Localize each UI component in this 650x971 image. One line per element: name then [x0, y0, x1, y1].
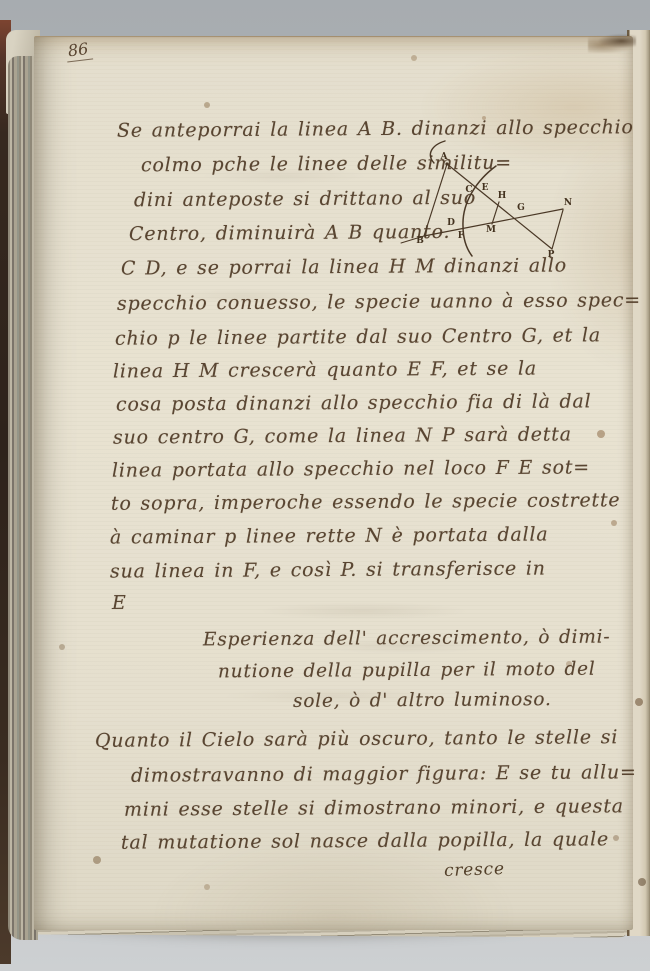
heading-line: nutione della pupilla per il moto del [218, 659, 596, 683]
text-line: linea H M crescerà quanto E F, et se la [113, 358, 537, 383]
text-line: suo centro G, come la linea N P sarà det… [113, 423, 572, 448]
mirror-arc [463, 166, 496, 256]
diagram-label-M: M [486, 225, 496, 235]
manuscript-photo: 86 Se anteporrai la linea A B. dinanzi a… [0, 0, 650, 971]
optical-diagram: ABCEHGDFMNP [395, 138, 585, 270]
diagram-line-HM [492, 202, 499, 224]
text-line: dimostravanno di maggior figura: E se tu… [131, 761, 637, 787]
foxing-spots [0, 0, 4, 4]
diagram-label-E: E [482, 183, 489, 193]
text-line: Quanto il Cielo sarà più oscuro, tanto l… [95, 726, 618, 752]
diagram-label-C: C [465, 185, 472, 195]
text-line: E [112, 592, 127, 614]
page-number: 86 [65, 38, 94, 62]
diagram-label-A: A [440, 152, 449, 162]
diagram-label-P: P [548, 250, 555, 260]
vertex-A-dot [445, 162, 448, 165]
text-line: sua linea in F, e così P. si transferisc… [110, 557, 546, 582]
text-line: linea portata allo specchio nel loco F E… [112, 456, 590, 481]
text-line: to sopra, imperoche essendo le specie co… [111, 489, 621, 515]
diagram-label-F: F [458, 231, 465, 241]
text-line: mini esse stelle si dimostrano minori, e… [124, 795, 624, 820]
diagram-label-G: G [517, 203, 525, 213]
text-line: chio p le linee partite dal suo Centro G… [115, 324, 601, 349]
text-line: à caminar p linee rette N è portata dall… [110, 523, 549, 548]
catchword: cresce [444, 859, 505, 881]
text-line: tal mutatione sol nasce dalla popilla, l… [121, 828, 609, 853]
text-line: specchio conuesso, le specie uanno à ess… [117, 289, 641, 315]
diagram-label-H: H [498, 191, 507, 201]
diagram-line-NP [552, 210, 563, 249]
diagram-line-AB [424, 164, 447, 236]
heading-line: sole, ò d' altro luminoso. [293, 689, 552, 712]
heading-line: Esperienza dell' accrescimento, ò dimi- [203, 627, 611, 651]
diagram-label-D: D [447, 218, 455, 228]
diagram-label-N: N [564, 198, 572, 208]
text-line: cosa posta dinanzi allo specchio fia di … [116, 390, 592, 415]
diagram-label-B: B [416, 236, 424, 246]
corner-stain [588, 33, 636, 53]
